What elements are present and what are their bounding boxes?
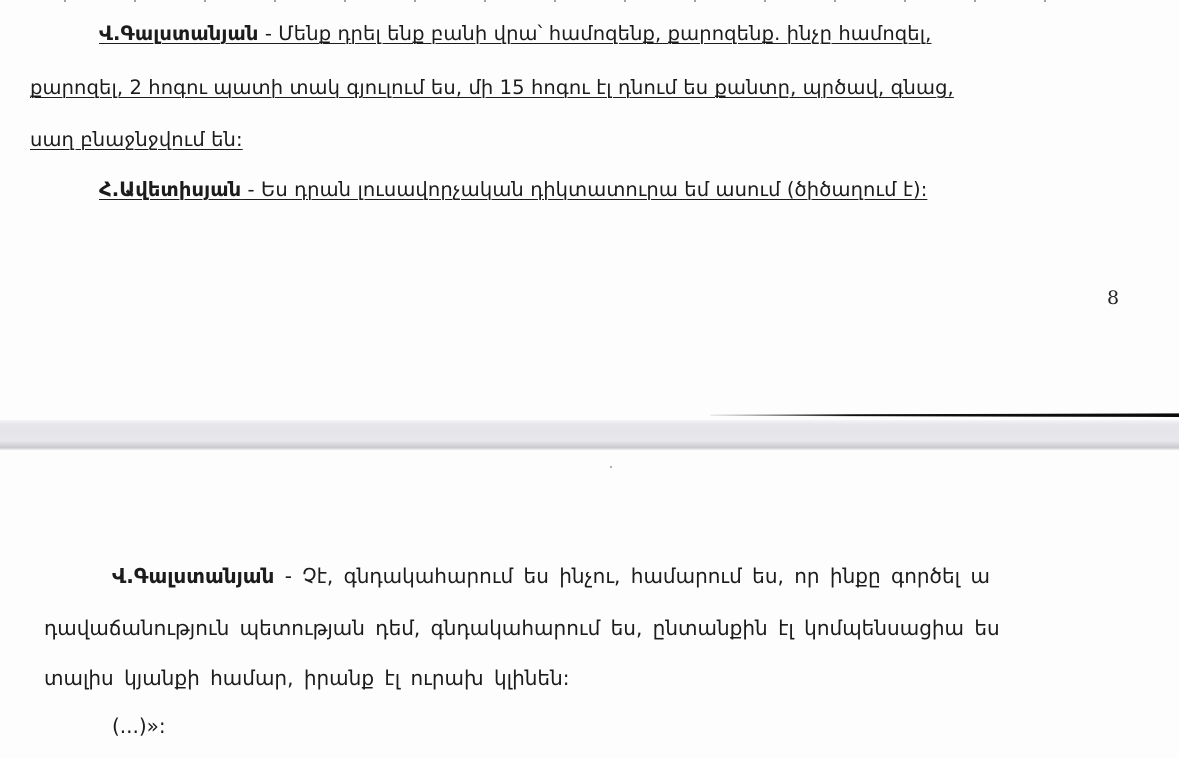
page-separator <box>0 420 1179 450</box>
top-paragraph-1-line-2: քարոզել, 2 հոգու պատի տակ գյուլում ես, մ… <box>30 76 954 100</box>
paragraph-text: - Ես դրան լուսավորչական դիկտատուրա եմ աս… <box>241 178 927 201</box>
paragraph-text: - Չէ, գնդակահարում ես ինչու, համարում ես… <box>274 564 990 588</box>
bottom-paragraph-1-line-1: Վ.Գալստանյան - Չէ, գնդակահարում ես ինչու… <box>112 564 990 588</box>
speaker-name: Հ.Ավետիսյան <box>99 178 241 201</box>
top-paragraph-1-line-1: Վ.Գալստանյան - Մենք դրել ենք բանի վրա՝ հ… <box>99 22 931 46</box>
cropped-text-fragment <box>30 0 1110 2</box>
closing-ellipsis: (...)»: <box>112 714 166 738</box>
scan-edge-shadow <box>710 413 1179 417</box>
speaker-name: Վ.Գալստանյան <box>112 564 274 588</box>
bottom-paragraph-1-line-2: դավաճանություն պետության դեմ, գնդակահարո… <box>44 616 1000 640</box>
cropped-previous-line <box>30 0 1110 6</box>
scan-speck <box>610 466 612 468</box>
document-page-bottom: Վ.Գալստանյան - Չէ, գնդակահարում ես ինչու… <box>0 450 1179 758</box>
document-page-top: Վ.Գալստանյան - Մենք դրել ենք բանի վրա՝ հ… <box>0 0 1179 420</box>
bottom-paragraph-1-line-3: տալիս կյանքի համար, իրանք էլ ուրախ կլինե… <box>44 666 570 690</box>
top-paragraph-2-line-1: Հ.Ավետիսյան - Ես դրան լուսավորչական դիկտ… <box>99 178 927 202</box>
top-paragraph-1-line-3: սաղ բնաջնջվում են: <box>30 128 243 152</box>
speaker-name: Վ.Գալստանյան <box>99 22 259 45</box>
paragraph-text: - Մենք դրել ենք բանի վրա՝ համոզենք, քարո… <box>259 22 932 45</box>
page-number: 8 <box>1107 287 1119 309</box>
